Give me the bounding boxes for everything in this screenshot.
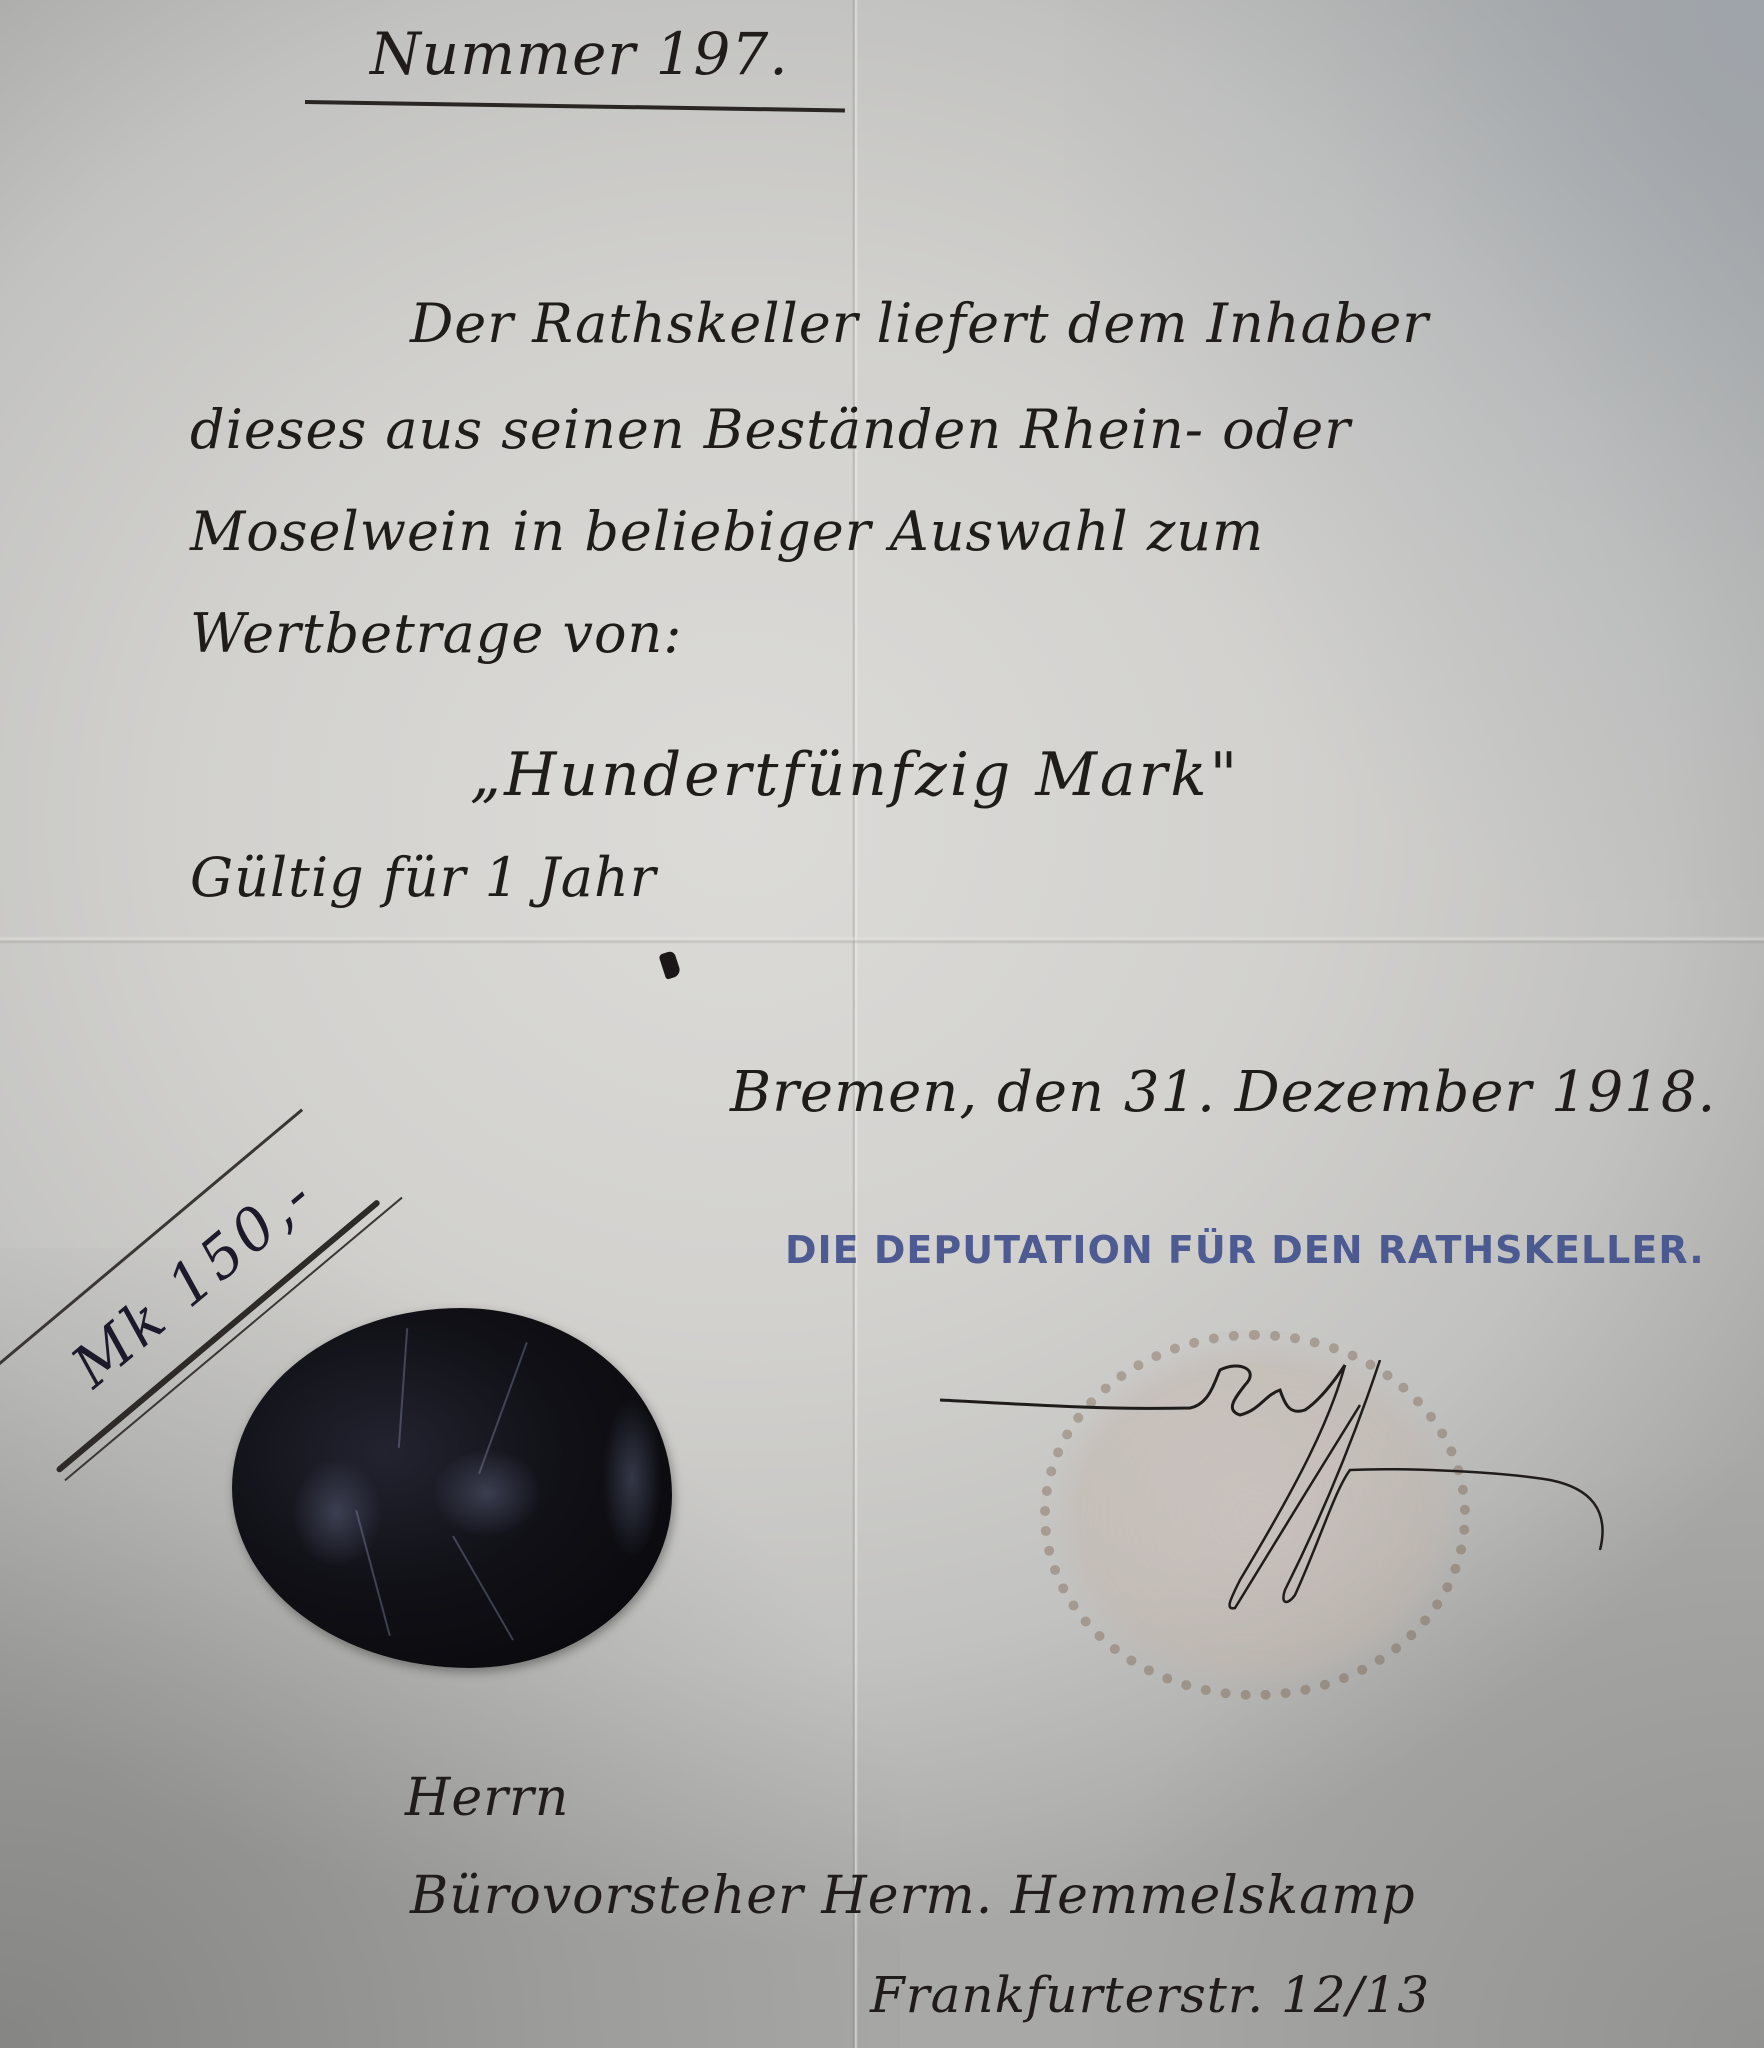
body-line-3: Moselwein in beliebiger Auswahl zum (190, 500, 1264, 563)
validity-line: Gültig für 1 Jahr (190, 846, 657, 909)
ink-blot (658, 950, 681, 980)
document-paper: Nummer 197. Der Rathskeller liefert dem … (0, 0, 1764, 2048)
place-date-line: Bremen, den 31. Dezember 1918. (730, 1060, 1716, 1125)
deputation-stamp: DIE DEPUTATION FÜR DEN RATHSKELLER. (785, 1228, 1705, 1272)
body-line-1: Der Rathskeller liefert dem Inhaber (410, 292, 1429, 355)
body-line-2: dieses aus seinen Beständen Rhein- oder (190, 398, 1351, 461)
addressee-street: Frankfurterstr. 12/13 (870, 1966, 1430, 2024)
seal-crack (452, 1536, 514, 1641)
seal-highlight (602, 1398, 662, 1558)
seal-highlight (432, 1448, 542, 1538)
heading-underline (305, 100, 845, 112)
seal-crack (398, 1328, 408, 1448)
voucher-number-heading: Nummer 197. (370, 20, 789, 88)
seal-highlight (292, 1458, 382, 1568)
horizontal-fold-line (0, 936, 1764, 944)
signature (940, 1360, 1620, 1660)
addressee-salutation: Herrn (405, 1768, 569, 1828)
body-line-4: Wertbetrage von: (190, 602, 682, 665)
amount-in-words: „Hundertfünfzig Mark" (470, 740, 1240, 810)
addressee-name: Bürovorsteher Herm. Hemmelskamp (410, 1866, 1416, 1926)
wax-seal (232, 1308, 672, 1668)
